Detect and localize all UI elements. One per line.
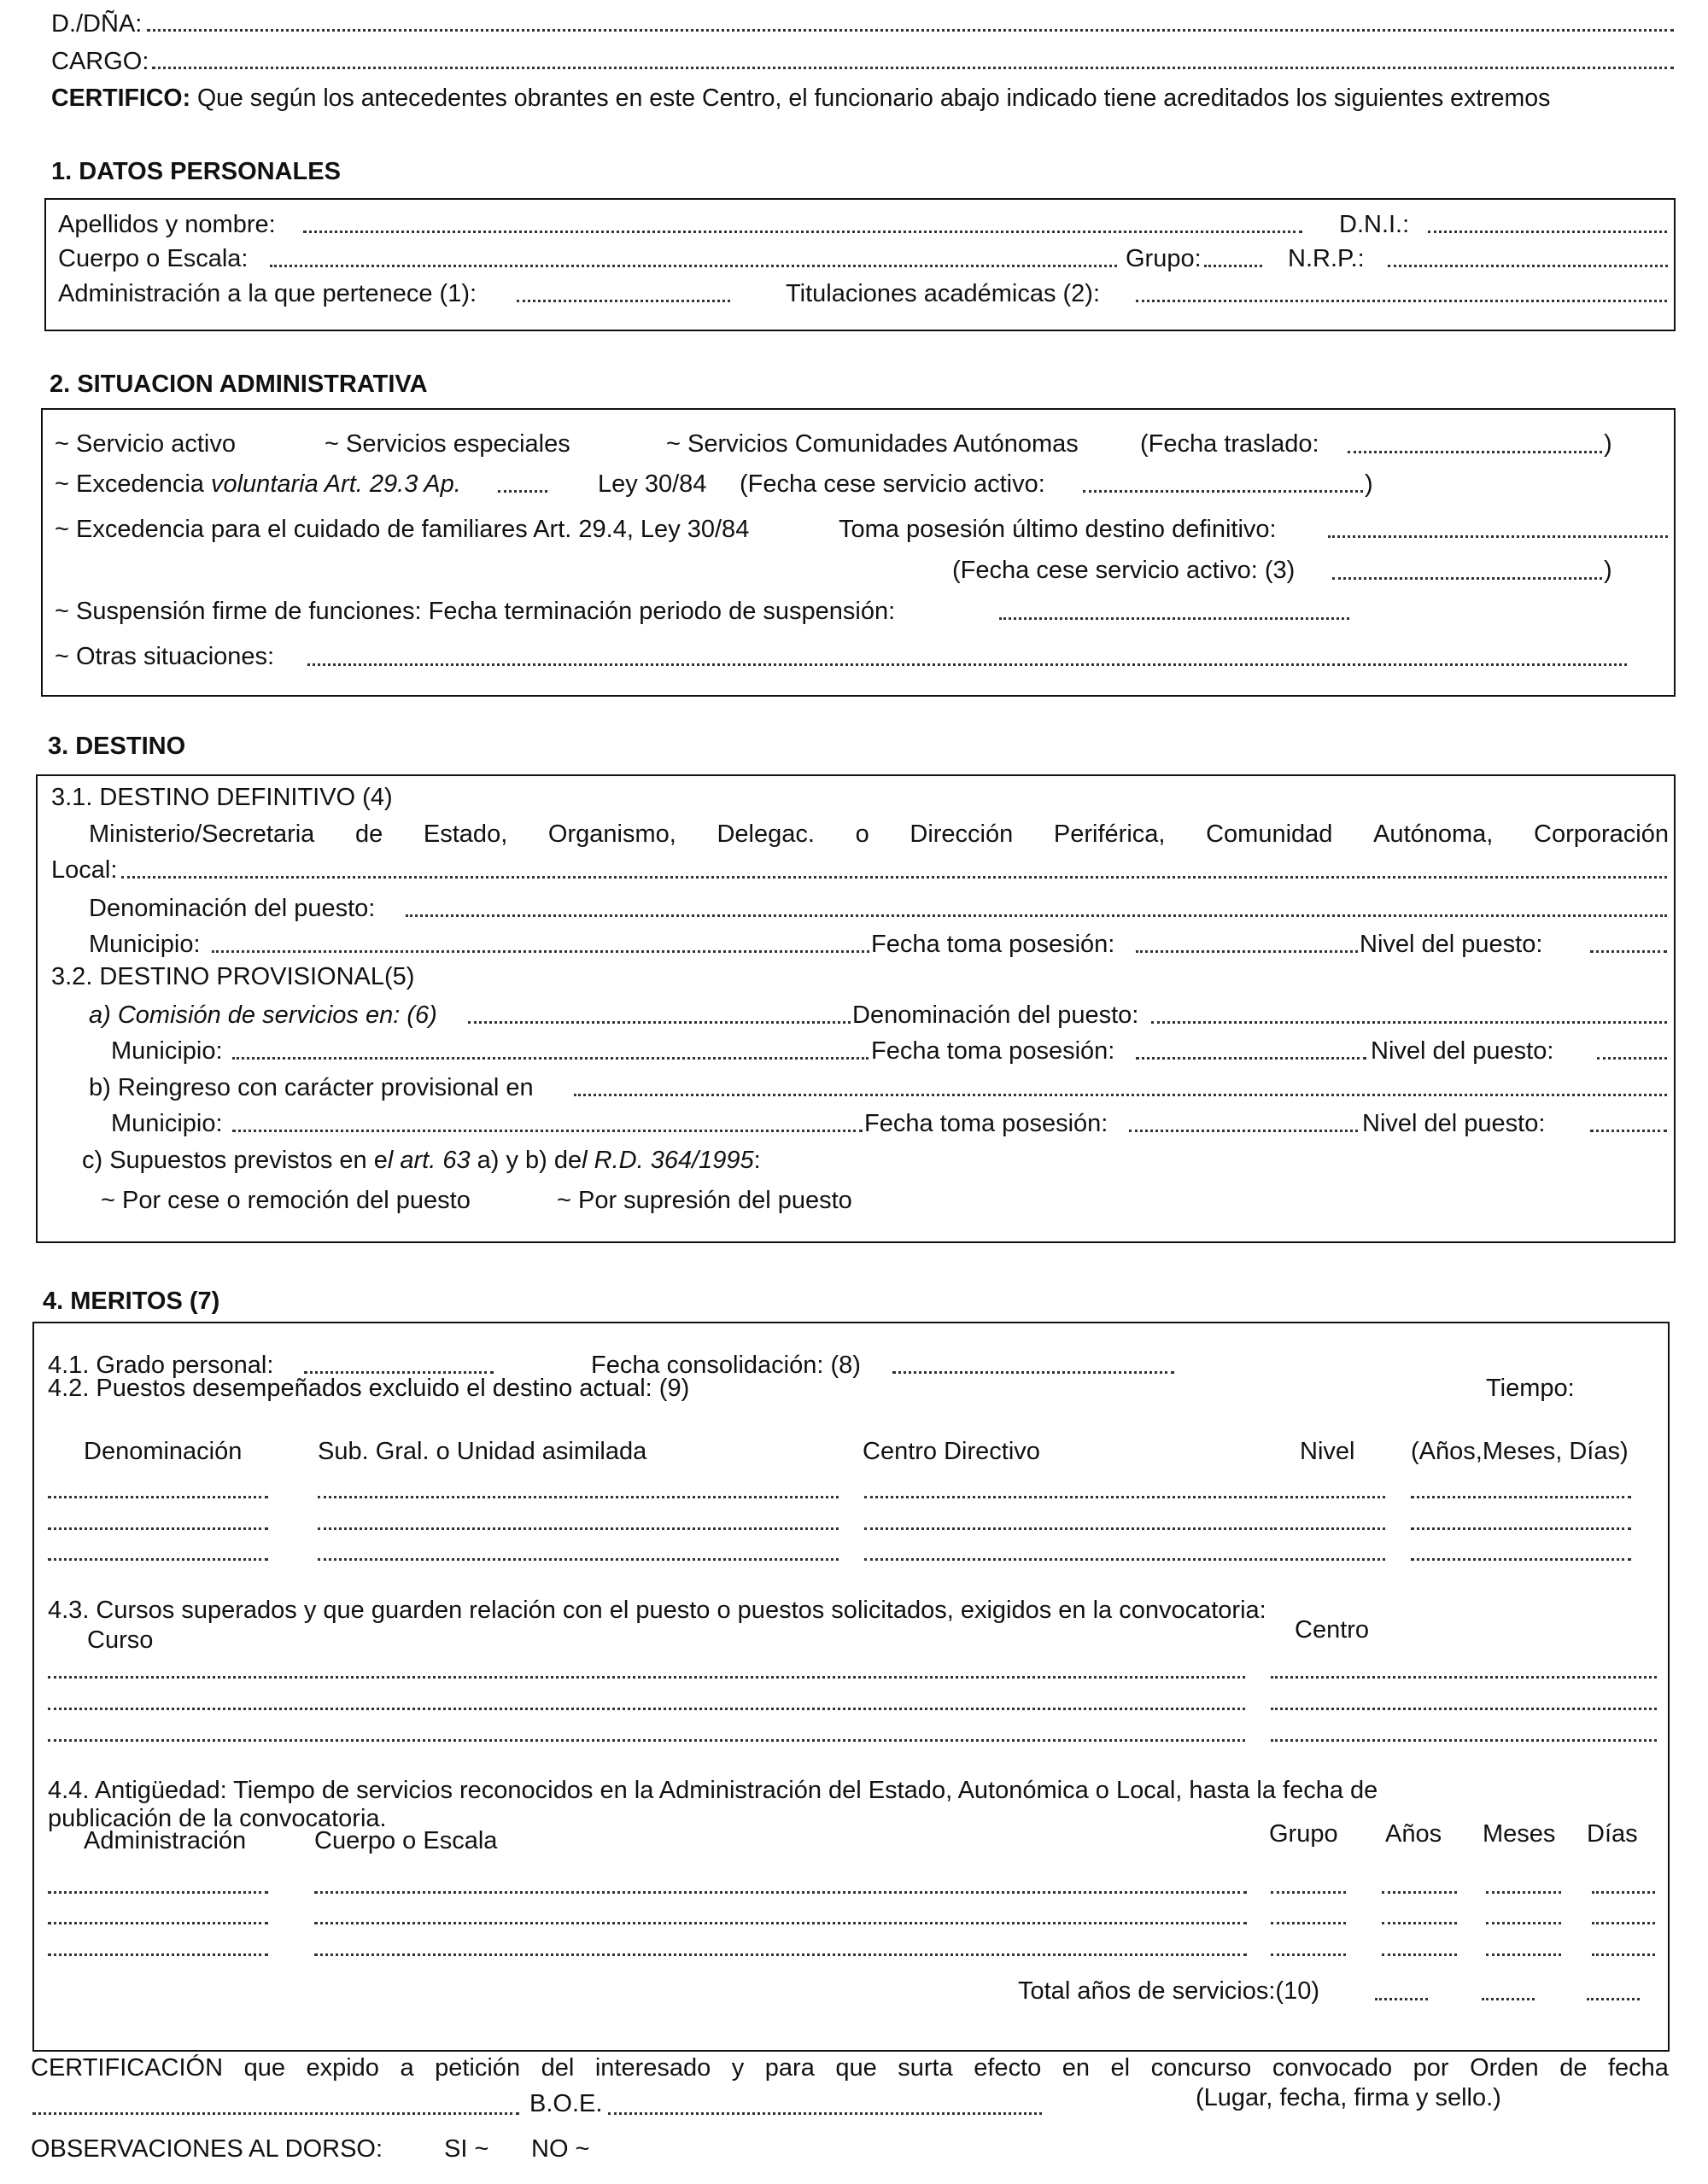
- section-4-title: 4. MERITOS (7): [43, 1289, 219, 1314]
- cursos-label: 4.3. Cursos superados y que guarden rela…: [48, 1598, 1266, 1623]
- word: para: [765, 2056, 815, 2081]
- otras-field[interactable]: [307, 663, 1627, 666]
- col-meses: Meses: [1483, 1822, 1555, 1847]
- destino-definitivo-title: 3.1. DESTINO DEFINITIVO (4): [51, 785, 393, 810]
- titulaciones-field[interactable]: [1136, 300, 1667, 302]
- col-dias: Días: [1587, 1822, 1638, 1847]
- option-otras[interactable]: ~ Otras situaciones:: [55, 645, 274, 669]
- antiguedad-cell[interactable]: [48, 1891, 268, 1894]
- word: Comunidad: [1206, 822, 1332, 847]
- antiguedad-cell[interactable]: [48, 1922, 268, 1924]
- antiguedad-cell[interactable]: [1592, 1891, 1655, 1894]
- comision-label: a) Comisión de servicios en: (6): [89, 1003, 437, 1028]
- administracion-field[interactable]: [517, 300, 730, 302]
- nrp-label: N.R.P.:: [1288, 247, 1365, 272]
- cursos-cell[interactable]: [1271, 1708, 1657, 1710]
- observaciones-si[interactable]: SI ~: [444, 2137, 488, 2162]
- antiguedad-cell[interactable]: [1486, 1953, 1561, 1956]
- nivel-b-label: Nivel del puesto:: [1362, 1112, 1545, 1136]
- word: surta: [898, 2056, 952, 2081]
- cursos-cell[interactable]: [1271, 1676, 1657, 1679]
- antiguedad-cell[interactable]: [314, 1891, 1247, 1894]
- denominacion-field[interactable]: [406, 914, 1667, 917]
- dna-label: D./DÑA:: [51, 12, 142, 37]
- nivel-b-field[interactable]: [1590, 1130, 1667, 1132]
- section-3-title: 3. DESTINO: [48, 734, 185, 759]
- certifico-label: CERTIFICO:: [51, 85, 190, 112]
- grupo-field[interactable]: [1204, 265, 1262, 267]
- observaciones-label: OBSERVACIONES AL DORSO:: [31, 2137, 383, 2162]
- fecha-toma-a-field[interactable]: [1136, 1057, 1366, 1060]
- col-cuerpo: Cuerpo o Escala: [314, 1829, 497, 1854]
- supuestos-a: c) Supuestos previstos en e: [82, 1147, 388, 1174]
- cuerpo-label: Cuerpo o Escala:: [58, 247, 248, 272]
- antiguedad-cell[interactable]: [1592, 1922, 1655, 1924]
- col-sub-gral: Sub. Gral. o Unidad asimilada: [318, 1439, 646, 1464]
- apellidos-field[interactable]: [303, 231, 1302, 233]
- close-paren: ): [1604, 558, 1612, 583]
- dna-field[interactable]: [147, 29, 1674, 32]
- word: Orden: [1470, 2056, 1539, 2081]
- exc-vol-label-b: voluntaria Art. 29.3 Ap.: [211, 470, 461, 498]
- word: expido: [306, 2056, 378, 2081]
- word: que: [835, 2056, 876, 2081]
- option-por-cese[interactable]: ~ Por cese o remoción del puesto: [101, 1188, 471, 1213]
- fecha-consolidacion-field[interactable]: [892, 1371, 1174, 1374]
- puestos-cell[interactable]: [318, 1496, 839, 1498]
- certifico-text: Que según los antecedentes obrantes en e…: [190, 85, 1550, 112]
- col-denominacion: Denominación: [84, 1439, 242, 1464]
- puestos-cell[interactable]: [1411, 1558, 1631, 1561]
- fecha-cese-3-label: (Fecha cese servicio activo: (3): [952, 558, 1295, 583]
- municipio-b-field[interactable]: [232, 1130, 863, 1132]
- fecha-toma-b-field[interactable]: [1129, 1130, 1358, 1132]
- section-4-box: [32, 1322, 1670, 2052]
- cursos-cell[interactable]: [48, 1739, 1245, 1742]
- fecha-toma-field[interactable]: [1136, 950, 1358, 953]
- puestos-cell[interactable]: [1274, 1527, 1385, 1530]
- municipio-a-label: Municipio:: [111, 1039, 223, 1064]
- dni-label: D.N.I.:: [1339, 213, 1409, 237]
- denominacion-prov-field[interactable]: [1151, 1021, 1667, 1024]
- nrp-field[interactable]: [1388, 265, 1668, 267]
- col-centro-directivo: Centro Directivo: [863, 1439, 1040, 1464]
- col-nivel: Nivel: [1300, 1439, 1354, 1464]
- option-servicios-ccaa[interactable]: ~ Servicios Comunidades Autónomas: [666, 432, 1079, 457]
- word: o: [856, 822, 869, 847]
- option-servicios-especiales[interactable]: ~ Servicios especiales: [325, 432, 570, 457]
- cursos-cell[interactable]: [48, 1676, 1245, 1679]
- puestos-cell[interactable]: [1411, 1496, 1631, 1498]
- observaciones-no[interactable]: NO ~: [531, 2137, 590, 2162]
- supuestos-label: c) Supuestos previstos en el art. 63 a) …: [82, 1148, 761, 1173]
- antiguedad-cell[interactable]: [314, 1953, 1247, 1956]
- antiguedad-cell[interactable]: [1382, 1922, 1457, 1924]
- puestos-cell[interactable]: [318, 1527, 839, 1530]
- fecha-toma-label: Fecha toma posesión:: [871, 932, 1114, 957]
- supuestos-e: :: [754, 1147, 761, 1174]
- cursos-cell[interactable]: [48, 1708, 1245, 1710]
- lugar-fecha-label: (Lugar, fecha, firma y sello.): [1196, 2086, 1501, 2111]
- nivel-field[interactable]: [1590, 950, 1667, 953]
- fecha-cese-field[interactable]: [1083, 490, 1363, 493]
- word: Estado,: [424, 822, 507, 847]
- word: Dirección: [910, 822, 1013, 847]
- nivel-a-field[interactable]: [1597, 1057, 1667, 1060]
- exc-vol-label-a: ~ Excedencia: [55, 470, 204, 498]
- comision-field[interactable]: [468, 1021, 851, 1024]
- puestos-cell[interactable]: [864, 1558, 1272, 1561]
- local-label: Local:: [51, 858, 117, 883]
- titulaciones-label: Titulaciones académicas (2):: [786, 282, 1100, 307]
- fecha-toma-b-label: Fecha toma posesión:: [864, 1112, 1108, 1136]
- antiguedad-cell[interactable]: [1486, 1891, 1561, 1894]
- nivel-label: Nivel del puesto:: [1360, 932, 1542, 957]
- word: Organismo,: [548, 822, 676, 847]
- supuestos-d: l R.D. 364/1995: [582, 1147, 754, 1174]
- boe-field[interactable]: [608, 2112, 1042, 2115]
- ley-label: Ley 30/84: [598, 472, 706, 497]
- total-meses-field[interactable]: [1482, 1998, 1535, 2000]
- total-dias-field[interactable]: [1587, 1998, 1640, 2000]
- option-excedencia-cuidado[interactable]: ~ Excedencia para el cuidado de familiar…: [55, 517, 749, 542]
- reingreso-label: b) Reingreso con carácter provisional en: [89, 1076, 534, 1101]
- word: Delegac.: [717, 822, 814, 847]
- puestos-cell[interactable]: [864, 1496, 1272, 1498]
- apartado-field[interactable]: [498, 490, 547, 493]
- antiguedad-cell[interactable]: [1486, 1922, 1561, 1924]
- puestos-cell[interactable]: [1274, 1496, 1385, 1498]
- word: de: [1559, 2056, 1587, 2081]
- word: CERTIFICACIÓN: [31, 2056, 223, 2081]
- fecha-traslado-label: (Fecha traslado:: [1140, 432, 1319, 457]
- option-por-supresion[interactable]: ~ Por supresión del puesto: [557, 1188, 852, 1213]
- nivel-a-label: Nivel del puesto:: [1371, 1039, 1553, 1064]
- word: Autónoma,: [1373, 822, 1493, 847]
- antiguedad-cell[interactable]: [1592, 1953, 1655, 1956]
- col-curso: Curso: [87, 1628, 153, 1653]
- denominacion-label: Denominación del puesto:: [89, 896, 375, 921]
- municipio-a-field[interactable]: [232, 1057, 869, 1060]
- option-excedencia-voluntaria[interactable]: ~ Excedencia voluntaria Art. 29.3 Ap.: [55, 472, 461, 497]
- fecha-cese-label: (Fecha cese servicio activo:: [740, 472, 1045, 497]
- antiguedad-cell[interactable]: [1382, 1891, 1457, 1894]
- total-label: Total años de servicios:(10): [1018, 1979, 1319, 2004]
- cargo-label: CARGO:: [51, 50, 149, 74]
- word: que: [244, 2056, 285, 2081]
- word: y: [732, 2056, 745, 2081]
- puestos-cell[interactable]: [48, 1558, 268, 1561]
- col-tiempo: (Años,Meses, Días): [1411, 1439, 1629, 1464]
- word: del: [541, 2056, 575, 2081]
- col-administracion: Administración: [84, 1829, 246, 1854]
- word: Periférica,: [1054, 822, 1166, 847]
- section-1-title: 1. DATOS PERSONALES: [51, 160, 341, 184]
- puestos-cell[interactable]: [864, 1527, 1272, 1530]
- local-field[interactable]: [121, 876, 1667, 879]
- cuerpo-field[interactable]: [270, 265, 1117, 267]
- apellidos-label: Apellidos y nombre:: [58, 213, 276, 237]
- antiguedad-cell[interactable]: [48, 1953, 268, 1956]
- antiguedad-cell[interactable]: [1382, 1953, 1457, 1956]
- fecha-traslado-field[interactable]: [1348, 451, 1602, 453]
- word: el: [1111, 2056, 1131, 2081]
- word: fecha: [1608, 2056, 1669, 2081]
- denominacion-prov-label: Denominación del puesto:: [852, 1003, 1138, 1028]
- word: Corporación: [1534, 822, 1669, 847]
- puestos-cell[interactable]: [1411, 1527, 1631, 1530]
- word: de: [355, 822, 383, 847]
- cargo-field[interactable]: [152, 67, 1674, 69]
- cursos-cell[interactable]: [1271, 1739, 1657, 1742]
- col-centro: Centro: [1295, 1618, 1369, 1643]
- municipio-label: Municipio:: [89, 932, 201, 957]
- toma-posesion-field[interactable]: [1328, 535, 1668, 538]
- antiguedad-cell[interactable]: [314, 1922, 1247, 1924]
- section-2-title: 2. SITUACION ADMINISTRATIVA: [50, 372, 428, 397]
- suspension-field[interactable]: [999, 617, 1349, 620]
- reingreso-field[interactable]: [574, 1094, 1667, 1096]
- dni-field[interactable]: [1428, 231, 1667, 233]
- destino-provisional-title: 3.2. DESTINO PROVISIONAL(5): [51, 965, 414, 990]
- puestos-cell[interactable]: [48, 1496, 268, 1498]
- word: a: [400, 2056, 413, 2081]
- toma-posesion-label: Toma posesión último destino definitivo:: [839, 517, 1277, 542]
- word: interesado: [595, 2056, 711, 2081]
- orden-fecha-field[interactable]: [32, 2112, 519, 2115]
- puestos-label: 4.2. Puestos desempeñados excluido el de…: [48, 1376, 689, 1401]
- total-anos-field[interactable]: [1375, 1998, 1428, 2000]
- word: Ministerio/Secretaria: [89, 822, 314, 847]
- grupo-label: Grupo:: [1126, 247, 1202, 272]
- antiguedad-cell[interactable]: [1271, 1891, 1346, 1894]
- antiguedad-cell[interactable]: [1271, 1953, 1346, 1956]
- word: convocado: [1272, 2056, 1392, 2081]
- antiguedad-cell[interactable]: [1271, 1922, 1346, 1924]
- puestos-cell[interactable]: [1274, 1558, 1385, 1561]
- col-grupo: Grupo: [1269, 1822, 1338, 1847]
- municipio-field[interactable]: [212, 950, 869, 953]
- fecha-cese-3-field[interactable]: [1332, 577, 1602, 580]
- word: efecto: [974, 2056, 1041, 2081]
- boe-label: B.O.E.: [529, 2092, 602, 2117]
- certificacion-line: CERTIFICACIÓNqueexpidoapeticióndelintere…: [31, 2056, 1669, 2081]
- supuestos-b: l art. 63: [388, 1147, 471, 1174]
- word: petición: [435, 2056, 520, 2081]
- antiguedad-label-1: 4.4. Antigüedad: Tiempo de servicios rec…: [48, 1778, 1378, 1803]
- municipio-b-label: Municipio:: [111, 1112, 223, 1136]
- col-anos: Años: [1385, 1822, 1442, 1847]
- puestos-cell[interactable]: [318, 1558, 839, 1561]
- option-suspension[interactable]: ~ Suspensión firme de funciones: Fecha t…: [55, 599, 895, 624]
- option-servicio-activo[interactable]: ~ Servicio activo: [55, 432, 236, 457]
- grado-field[interactable]: [304, 1371, 494, 1374]
- ministerio-line: Ministerio/SecretariadeEstado,Organismo,…: [89, 822, 1669, 847]
- word: por: [1413, 2056, 1449, 2081]
- word: concurso: [1151, 2056, 1252, 2081]
- administracion-label: Administración a la que pertenece (1):: [58, 282, 477, 307]
- supuestos-c: a) y b) de: [471, 1147, 582, 1174]
- close-paren: ): [1604, 432, 1612, 457]
- close-paren: ): [1365, 472, 1373, 497]
- tiempo-label: Tiempo:: [1486, 1376, 1575, 1401]
- puestos-cell[interactable]: [48, 1527, 268, 1530]
- fecha-toma-a-label: Fecha toma posesión:: [871, 1039, 1114, 1064]
- certifico-statement: CERTIFICO: Que según los antecedentes ob…: [51, 86, 1550, 111]
- word: en: [1062, 2056, 1090, 2081]
